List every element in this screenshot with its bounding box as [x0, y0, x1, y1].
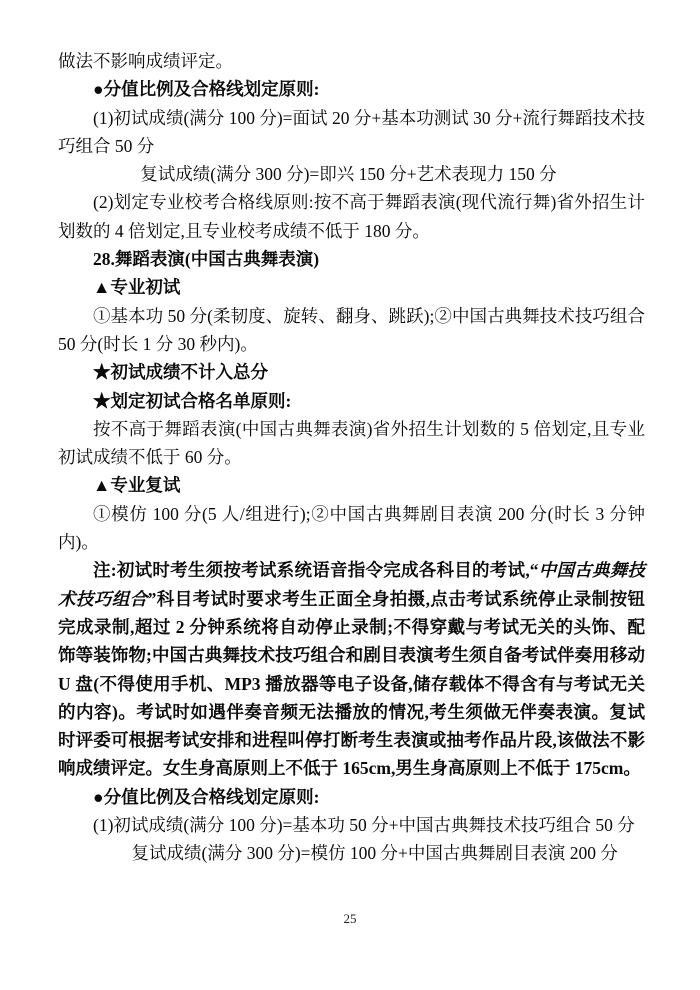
para-second-exam-score-formula-popdance: 复试成绩(满分 300 分)=即兴 150 分+艺术表现力 150 分: [58, 160, 645, 188]
para-first-exam-passlist-heading: ★划定初试合格名单原则:: [58, 387, 645, 415]
para-first-exam-subjects: ①基本功 50 分(柔韧度、旋转、翻身、跳跃);②中国古典舞技术技巧组合 50 …: [58, 302, 645, 359]
para-first-exam-not-counted: ★初试成绩不计入总分: [58, 358, 645, 386]
text-run: ●分值比例及合格线划定原则:: [93, 787, 319, 807]
document-page: 做法不影响成绩评定。●分值比例及合格线划定原则:(1)初试成绩(满分 100 分…: [0, 0, 700, 990]
para-first-exam-score-formula-popdance: (1)初试成绩(满分 100 分)=面试 20 分+基本功测试 30 分+流行舞…: [58, 104, 645, 161]
text-run: ▲专业复试: [93, 475, 180, 495]
para-carryover-line: 做法不影响成绩评定。: [58, 47, 645, 75]
text-run: (1)初试成绩(满分 100 分)=基本功 50 分+中国古典舞技术技巧组合 5…: [93, 815, 635, 835]
para-first-exam-heading: ▲专业初试: [58, 273, 645, 301]
text-run: ①基本功 50 分(柔韧度、旋转、翻身、跳跃);②中国古典舞技术技巧组合 50 …: [58, 306, 645, 354]
para-second-exam-subjects: ①模仿 100 分(5 人/组进行);②中国古典舞剧目表演 200 分(时长 3…: [58, 500, 645, 557]
para-first-exam-passlist-rule: 按不高于舞蹈表演(中国古典舞表演)省外招生计划数的 5 倍划定,且专业初试成绩不…: [58, 415, 645, 472]
text-run: ”科目考试时要求考生正面全身拍摄,点击考试系统停止录制按钮完成录制,超过 2 分…: [58, 589, 645, 779]
text-run: 复试成绩(满分 300 分)=即兴 150 分+艺术表现力 150 分: [140, 164, 556, 184]
text-run: ①模仿 100 分(5 人/组进行);②中国古典舞剧目表演 200 分(时长 3…: [58, 504, 645, 552]
text-run: (2)划定专业校考合格线原则:按不高于舞蹈表演(现代流行舞)省外招生计划数的 4…: [58, 192, 645, 240]
text-run: ★初试成绩不计入总分: [93, 362, 268, 382]
para-passline-rule-popdance: (2)划定专业校考合格线原则:按不高于舞蹈表演(现代流行舞)省外招生计划数的 4…: [58, 188, 645, 245]
para-note: 注:初试时考生须按考试系统语音指令完成各科目的考试,“中国古典舞技术技巧组合”科…: [58, 556, 645, 782]
text-run: 复试成绩(满分 300 分)=模仿 100 分+中国古典舞剧目表演 200 分: [132, 843, 618, 863]
para-second-exam-score-formula-classical: 复试成绩(满分 300 分)=模仿 100 分+中国古典舞剧目表演 200 分: [58, 839, 645, 867]
text-run: ▲专业初试: [93, 277, 180, 297]
page-number: 25: [0, 911, 700, 927]
text-run: 按不高于舞蹈表演(中国古典舞表演)省外招生计划数的 5 倍划定,且专业初试成绩不…: [58, 419, 645, 467]
text-run: 注:初试时考生须按考试系统语音指令完成各科目的考试,“: [93, 560, 538, 580]
para-second-exam-heading: ▲专业复试: [58, 471, 645, 499]
text-run: 做法不影响成绩评定。: [58, 51, 233, 71]
para-first-exam-score-formula-classical: (1)初试成绩(满分 100 分)=基本功 50 分+中国古典舞技术技巧组合 5…: [58, 811, 645, 839]
para-score-ratio-heading-classical: ●分值比例及合格线划定原则:: [58, 783, 645, 811]
para-section-28-heading: 28.舞蹈表演(中国古典舞表演): [58, 245, 645, 273]
para-score-ratio-heading-popdance: ●分值比例及合格线划定原则:: [58, 75, 645, 103]
document-body: 做法不影响成绩评定。●分值比例及合格线划定原则:(1)初试成绩(满分 100 分…: [58, 47, 645, 868]
text-run: (1)初试成绩(满分 100 分)=面试 20 分+基本功测试 30 分+流行舞…: [58, 108, 645, 156]
text-run: 28.舞蹈表演(中国古典舞表演): [93, 249, 319, 269]
text-run: ★划定初试合格名单原则:: [93, 391, 291, 411]
text-run: ●分值比例及合格线划定原则:: [93, 79, 319, 99]
